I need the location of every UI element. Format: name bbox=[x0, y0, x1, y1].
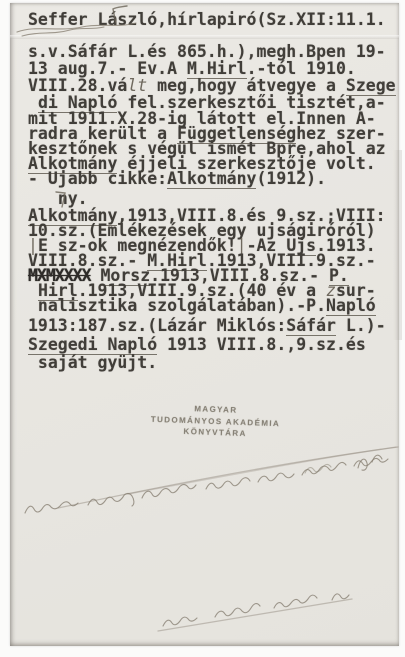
typed-line: VIII.28.vált meg,hogy átvegye a Szege bbox=[28, 78, 396, 94]
text-segment: L.)- bbox=[336, 316, 386, 335]
text-segment: 1913 VIII.8.,9.sz.és bbox=[157, 335, 366, 354]
edge-smudge bbox=[393, 150, 402, 340]
typed-line: nalisztika szolgálatában).-P.Napló bbox=[28, 298, 376, 314]
typed-line: ny. bbox=[28, 191, 88, 207]
scanned-card-page: { "card": { "lines": [ ["Seffer László,"… bbox=[0, 0, 405, 657]
underlined-text: Napló bbox=[326, 296, 376, 316]
underlined-text: Sáfár bbox=[286, 316, 336, 336]
text-segment: Seffer László, bbox=[28, 10, 167, 29]
underlined-text: Alkotmány bbox=[167, 169, 256, 189]
typed-line: saját gyüjt. bbox=[28, 355, 157, 371]
typed-line: Szegedi Napló 1913 VIII.8.,9.sz.és bbox=[28, 337, 366, 353]
library-stamp: MAGYAR TUDOMÁNYOS AKADÉMIA KÖNYVTÁRA bbox=[147, 402, 283, 441]
text-segment: 1913:187.sz.(Lázár Miklós: bbox=[28, 316, 286, 335]
typed-line: - Ujabb cikke:Alkotmány(1912). bbox=[28, 171, 326, 187]
text-segment: - Ujabb cikke: bbox=[28, 169, 167, 188]
underlined-text: Szegedi Napló bbox=[28, 335, 157, 355]
typed-line: 13 aug.7.- Ev.A M.Hirl.-tól 1910. bbox=[28, 61, 356, 77]
typed-line: Seffer László,hírlapiró(Sz.XII:11.1. bbox=[28, 12, 386, 28]
typed-line: 1913:187.sz.(Lázár Miklós:Sáfár L.)- bbox=[28, 318, 386, 334]
text-segment: hírlapiró(Sz.XII:11.1. bbox=[167, 10, 386, 29]
text-segment: (1912). bbox=[256, 169, 326, 188]
text-segment: saját gyüjt. bbox=[28, 353, 157, 372]
typed-line: s.v.Sáfár L.és 865.h.),megh.Bpen 19- bbox=[28, 44, 386, 60]
text-segment: nalisztika szolgálatában).-P. bbox=[28, 296, 326, 315]
